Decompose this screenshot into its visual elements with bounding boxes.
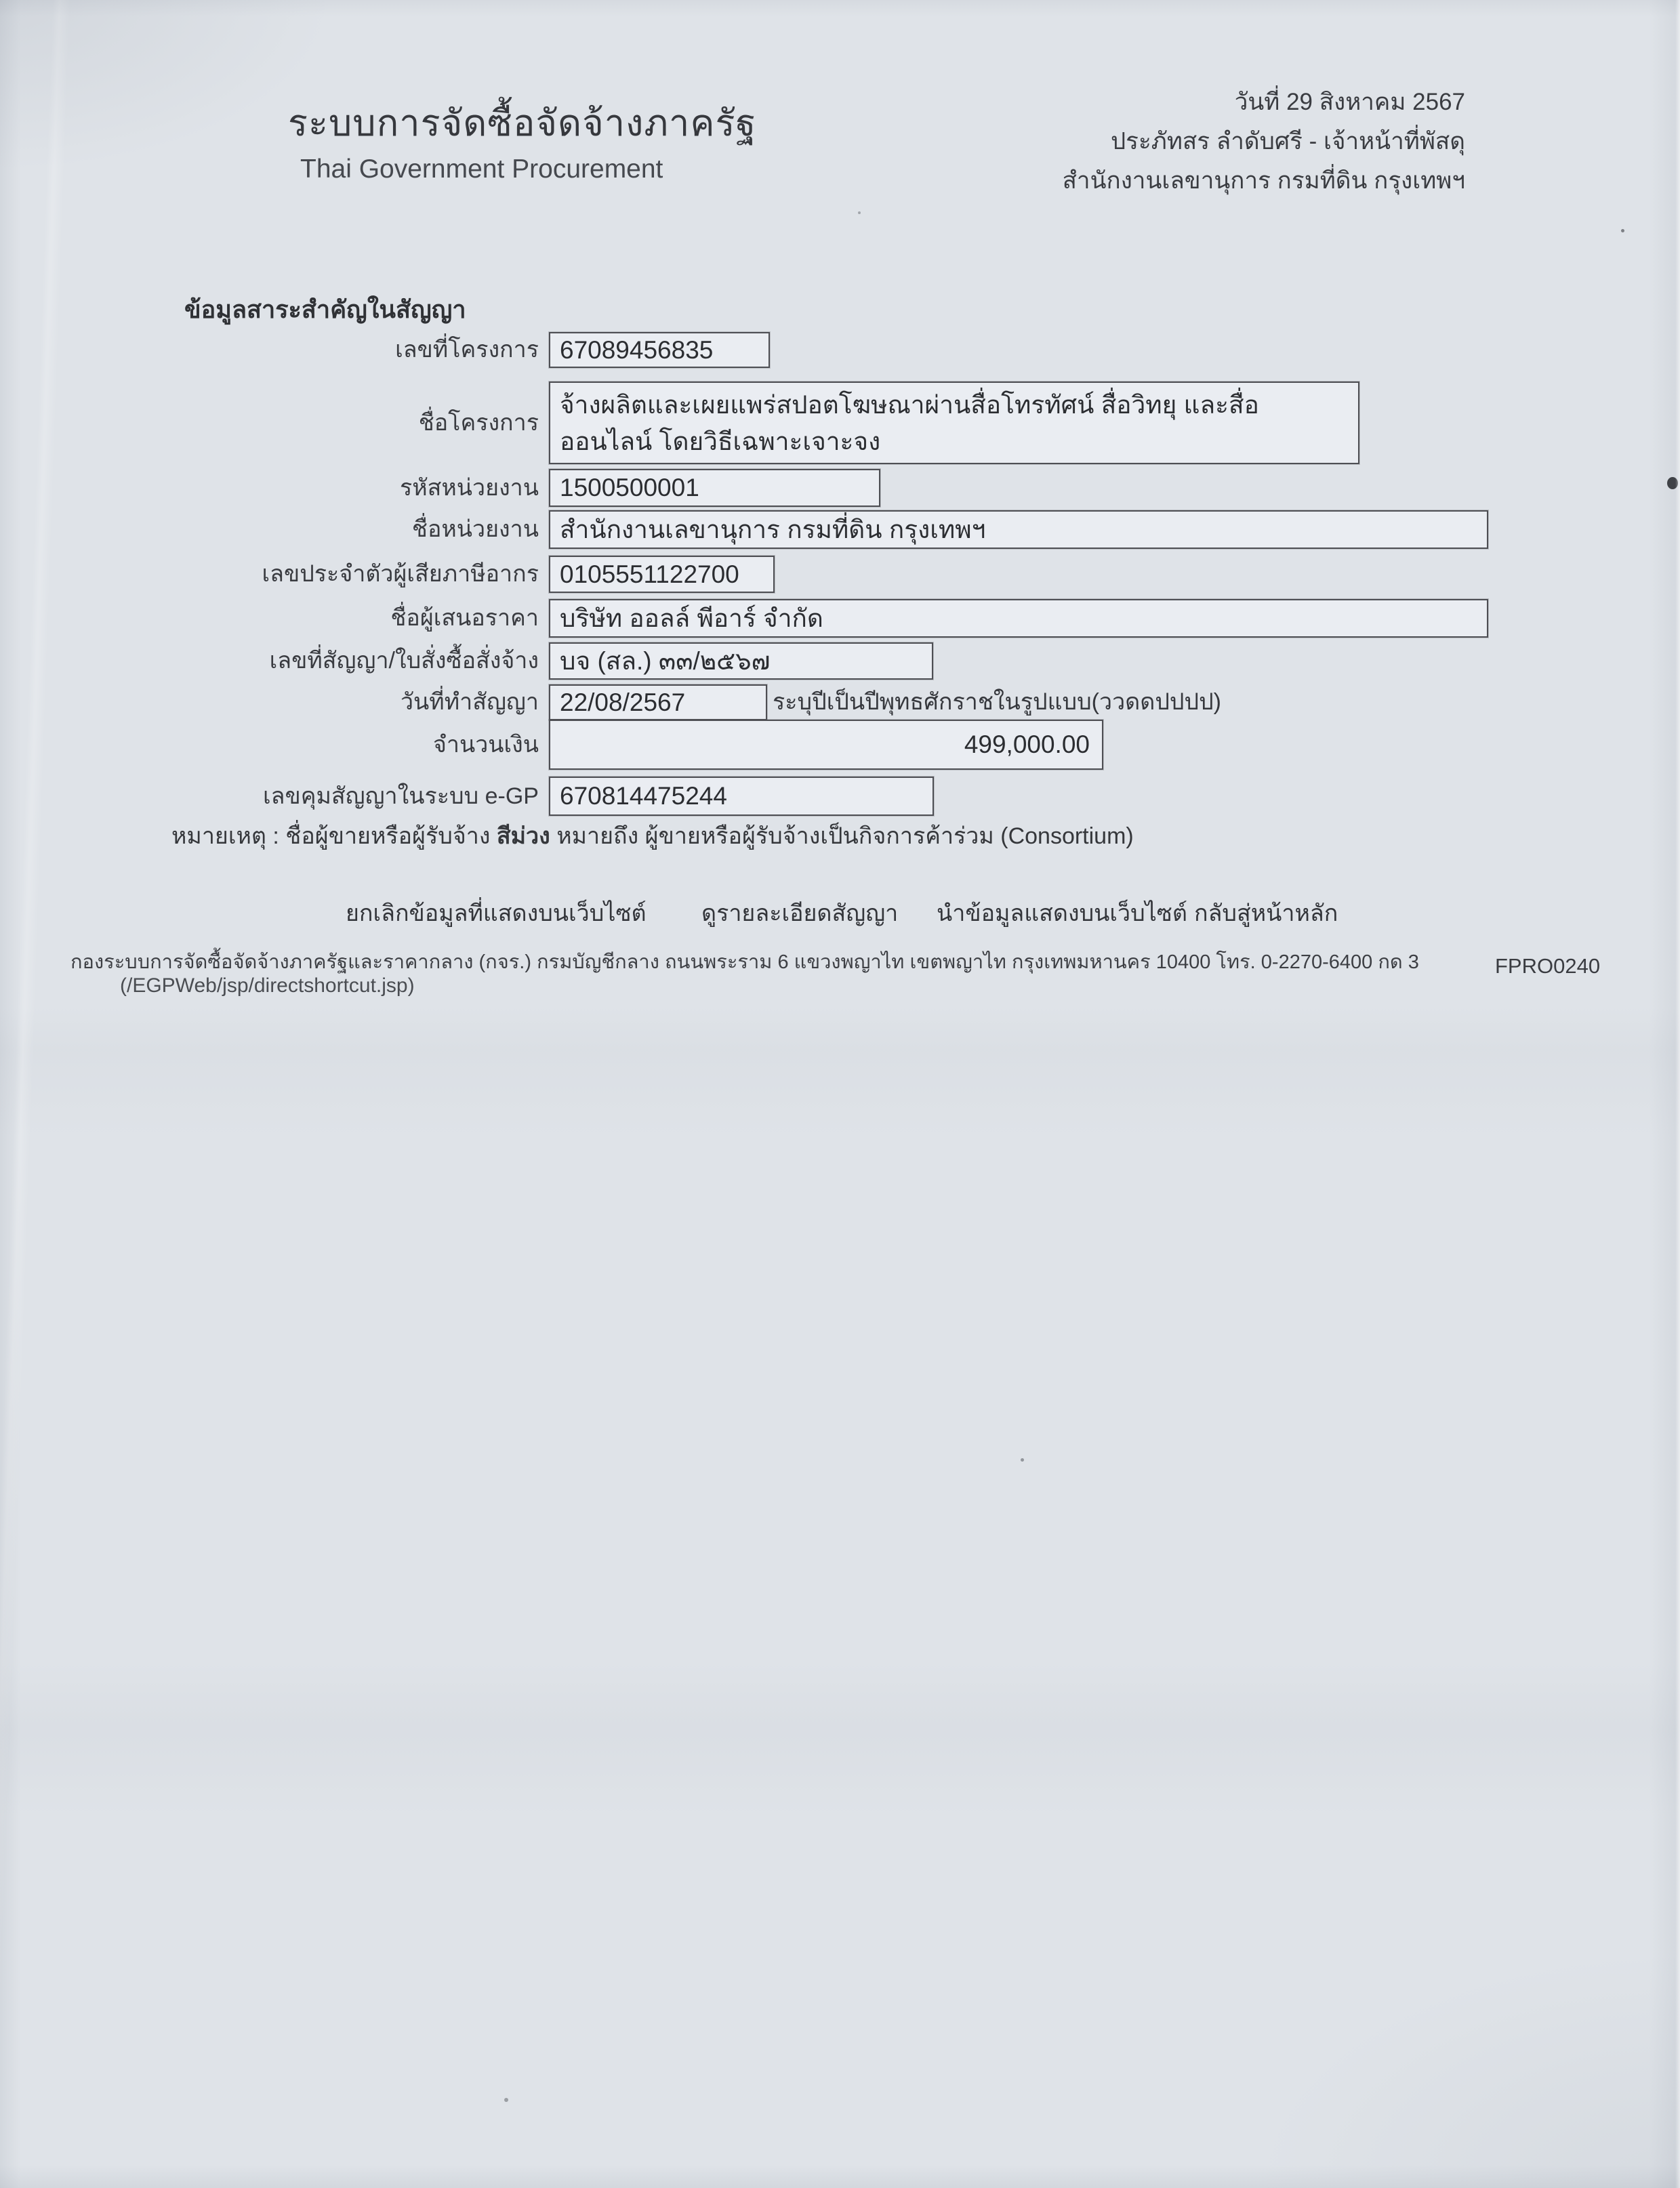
agency-name-label: ชื่อหน่วยงาน	[412, 510, 539, 549]
note-suffix: หมายถึง ผู้ขายหรือผู้รับจ้างเป็นกิจการค้…	[550, 823, 1134, 849]
project-number-label: เลขที่โครงการ	[395, 332, 539, 368]
cancel-web-display-button[interactable]: ยกเลิกข้อมูลที่แสดงบนเว็บไซต์	[346, 894, 647, 931]
back-to-home-button[interactable]: กลับสู่หน้าหลัก	[1194, 894, 1338, 931]
scan-speck	[504, 2098, 508, 2102]
note-highlight-purple: สีม่วง	[497, 823, 550, 849]
taxpayer-id-label: เลขประจำตัวผู้เสียภาษีอากร	[262, 556, 539, 593]
scan-speck	[1667, 477, 1678, 489]
scan-speck	[858, 211, 861, 214]
egp-control-number-field[interactable]: 670814475244	[549, 777, 934, 816]
contract-number-label: เลขที่สัญญา/ใบสั่งซื้อสั่งจ้าง	[270, 642, 539, 680]
app-title-thai: ระบบการจัดซื้อจัดจ้างภาครัฐ	[288, 94, 756, 152]
amount-field[interactable]: 499,000.00	[549, 720, 1103, 770]
contract-date-label: วันที่ทำสัญญา	[401, 684, 539, 720]
agency-code-label: รหัสหน่วยงาน	[400, 469, 539, 507]
egp-control-number-label: เลขคุมสัญญาในระบบ e-GP	[263, 777, 539, 816]
agency-code-field[interactable]: 1500500001	[549, 469, 880, 507]
scan-speck	[1621, 229, 1624, 232]
print-date: วันที่ 29 สิงหาคม 2567	[1063, 83, 1465, 122]
note-prefix: หมายเหตุ : ชื่อผู้ขายหรือผู้รับจ้าง	[171, 823, 497, 849]
agency-name-field[interactable]: สำนักงานเลขานุการ กรมที่ดิน กรุงเทพฯ	[549, 510, 1488, 549]
footer-address: กองระบบการจัดซื้อจัดจ้างภาครัฐและราคากลา…	[70, 946, 1419, 977]
footer-shortcut-path: (/EGPWeb/jsp/directshortcut.jsp)	[120, 974, 415, 997]
app-title-english: Thai Government Procurement	[300, 154, 663, 184]
header-meta: วันที่ 29 สิงหาคม 2567 ประภัทสร ลำดับศรี…	[1063, 83, 1465, 201]
project-name-label: ชื่อโครงการ	[419, 381, 539, 464]
bidder-name-field[interactable]: บริษัท ออลล์ พีอาร์ จำกัด	[549, 599, 1488, 638]
logged-in-user: ประภัทสร ลำดับศรี - เจ้าหน้าที่พัสดุ	[1063, 122, 1465, 161]
scanned-page: ระบบการจัดซื้อจัดจ้างภาครัฐ Thai Governm…	[0, 0, 1680, 2188]
contract-date-field[interactable]: 22/08/2567	[549, 684, 767, 720]
amount-label: จำนวนเงิน	[433, 720, 539, 770]
scan-speck	[1021, 1458, 1024, 1462]
contract-date-format-hint: ระบุปีเป็นปีพุทธศักราชในรูปแบบ(ววดดปปปป)	[773, 684, 1221, 720]
bidder-name-label: ชื่อผู้เสนอราคา	[390, 599, 539, 638]
section-title: ข้อมูลสาระสำคัญในสัญญา	[184, 290, 466, 329]
view-contract-detail-button[interactable]: ดูรายละเอียดสัญญา	[701, 894, 898, 931]
project-number-field[interactable]: 67089456835	[549, 332, 770, 368]
form-code: FPRO0240	[1495, 954, 1600, 978]
publish-web-display-button[interactable]: นำข้อมูลแสดงบนเว็บไซต์	[937, 894, 1187, 931]
consortium-note: หมายเหตุ : ชื่อผู้ขายหรือผู้รับจ้าง สีม่…	[171, 817, 1134, 854]
taxpayer-id-field[interactable]: 0105551122700	[549, 556, 775, 593]
contract-number-field[interactable]: บจ (สล.) ๓๓/๒๕๖๗	[549, 642, 933, 680]
project-name-field[interactable]: จ้างผลิตและเผยแพร่สปอตโฆษณาผ่านสื่อโทรทั…	[549, 381, 1359, 464]
user-agency: สำนักงานเลขานุการ กรมที่ดิน กรุงเทพฯ	[1063, 161, 1465, 201]
